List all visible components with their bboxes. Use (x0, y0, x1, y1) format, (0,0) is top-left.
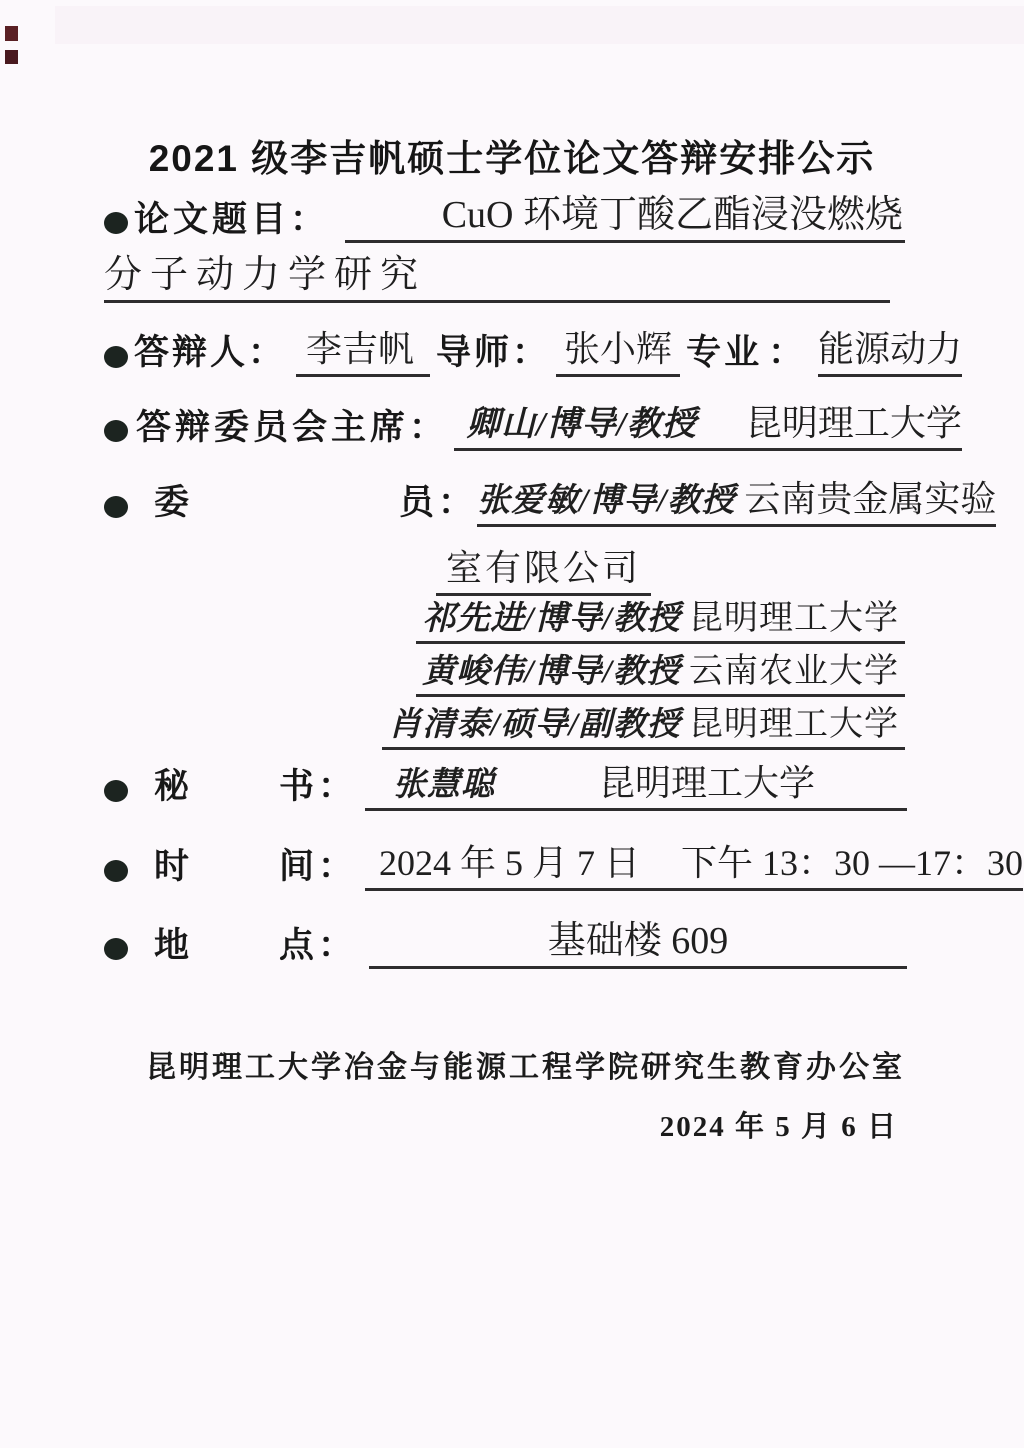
time-label-first: 时 (154, 844, 193, 890)
committee-member-2-name: 祁先进/博导/教授 (422, 601, 680, 637)
committee-member-4-affiliation: 昆明理工大学 (689, 706, 899, 743)
committee-member-2-row: 祁先进/博导/教授 昆明理工大学 (416, 597, 905, 644)
thesis-title-value-line2: 分子动力学研究 (104, 250, 890, 303)
bullet-icon (104, 496, 128, 518)
committee-member-3-affiliation: 云南农业大学 (689, 653, 899, 690)
secretary-affiliation: 昆明理工大学 (599, 763, 815, 803)
committee-member-1-affiliation-cont-row: 室有限公司 (436, 545, 651, 596)
issuing-office: 昆明理工大学冶金与能源工程学院研究生教育办公室 (104, 1042, 905, 1086)
page-title: 2021 级李吉帆硕士学位论文答辩安排公示 (0, 128, 1024, 182)
time-row: 时 间： 2024 年 5 月 7 日 下午 13：30 —17：30 (104, 840, 907, 891)
location-value: 基础楼 609 (369, 916, 907, 969)
bullet-icon (104, 420, 128, 442)
committee-member-4: 肖清泰/硕导/副教授 昆明理工大学 (382, 703, 905, 750)
scan-artifact-mark (5, 26, 18, 41)
thesis-title-label: 论文题目： (134, 197, 329, 243)
committee-member-3-name: 黄峻伟/博导/教授 (422, 654, 680, 690)
thesis-title-continuation-row: 分子动力学研究 (104, 250, 890, 303)
bullet-icon (104, 212, 128, 234)
committee-members-row: 委 员： 张爱敏/博导/教授 云南贵金属实验 (104, 476, 911, 527)
scan-shadow-band (55, 6, 1024, 44)
scan-artifact-mark (5, 50, 18, 64)
major-value: 能源动力 (818, 326, 962, 377)
secretary-name: 张慧聪 (365, 767, 495, 803)
committee-chair-value: 卿山/博导/教授 昆明理工大学 (454, 400, 962, 451)
secretary-row: 秘 书： 张慧聪 昆明理工大学 (104, 760, 907, 811)
thesis-title-value-line1: CuO 环境丁酸乙酯浸没燃烧 (345, 190, 905, 243)
committee-member-1-affiliation: 云南贵金属实验 (744, 479, 996, 519)
committee-member-1: 张爱敏/博导/教授 云南贵金属实验 (477, 476, 996, 527)
committee-label-second: 员： (399, 480, 477, 526)
committee-label-first: 委 (154, 480, 193, 526)
bullet-icon (104, 860, 128, 882)
secretary-value: 张慧聪 昆明理工大学 (365, 760, 907, 811)
defender-name: 李吉帆 (296, 326, 430, 377)
committee-member-4-name: 肖清泰/硕导/副教授 (388, 707, 680, 743)
location-label-first: 地 (154, 923, 193, 969)
issue-date: 2024 年 5 月 6 日 (104, 1104, 898, 1145)
defense-date: 2024 年 5 月 7 日 (365, 843, 640, 883)
committee-chair-label: 答辩委员会主席： (136, 405, 448, 451)
location-row: 地 点： 基础楼 609 (104, 916, 907, 969)
major-label: 专业 (686, 330, 762, 376)
committee-member-2: 祁先进/博导/教授 昆明理工大学 (416, 597, 905, 644)
thesis-title-row: 论文题目： CuO 环境丁酸乙酯浸没燃烧 (104, 190, 905, 243)
committee-chair-name: 卿山/博导/教授 (454, 406, 697, 443)
committee-member-1-affiliation-cont: 室有限公司 (436, 545, 651, 596)
committee-member-3-row: 黄峻伟/博导/教授 云南农业大学 (416, 650, 905, 697)
advisor-label: 导师： (436, 330, 550, 376)
secretary-label-second: 书： (279, 764, 357, 810)
major-colon: ： (768, 330, 806, 376)
bullet-icon (104, 938, 128, 960)
committee-member-2-affiliation: 昆明理工大学 (689, 600, 899, 637)
bullet-icon (104, 346, 128, 368)
time-label-second: 间： (279, 844, 357, 890)
time-value: 2024 年 5 月 7 日 下午 13：30 —17：30 (365, 840, 1023, 891)
location-label-second: 点： (279, 923, 357, 969)
committee-chair-row: 答辩委员会主席： 卿山/博导/教授 昆明理工大学 (104, 400, 910, 451)
advisor-name: 张小辉 (556, 326, 680, 377)
committee-chair-affiliation: 昆明理工大学 (746, 403, 962, 443)
defender-row: 答辩人： 李吉帆 导师： 张小辉 专业 ： 能源动力 (104, 326, 907, 377)
committee-member-1-name: 张爱敏/博导/教授 (477, 483, 735, 519)
bullet-icon (104, 780, 128, 802)
defense-time-range: 下午 13：30 —17：30 (681, 843, 1023, 883)
secretary-label-first: 秘 (154, 764, 193, 810)
committee-member-4-row: 肖清泰/硕导/副教授 昆明理工大学 (382, 703, 905, 750)
defender-label: 答辩人： (134, 330, 286, 376)
committee-member-3: 黄峻伟/博导/教授 云南农业大学 (416, 650, 905, 697)
scanned-document-page: 2021 级李吉帆硕士学位论文答辩安排公示 论文题目： CuO 环境丁酸乙酯浸没… (0, 0, 1024, 1448)
